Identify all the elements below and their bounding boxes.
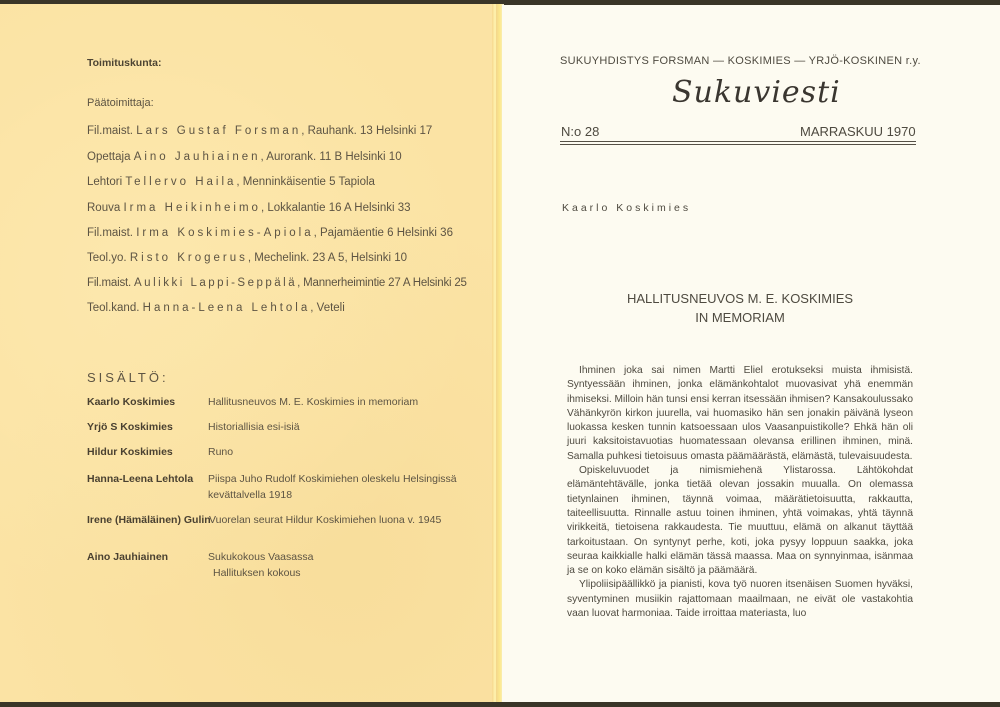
staff-entry: Teol.kand. Hanna-Leena Lehtola, Veteli	[87, 302, 345, 314]
staff-entry: Fil.maist. Lars Gustaf Forsman, Rauhank.…	[87, 125, 432, 137]
issue-number: N:o 28	[561, 124, 599, 139]
editor-in-chief-label: Päätoimittaja:	[87, 97, 154, 109]
society-masthead: SUKUYHDISTYS FORSMAN — KOSKIMIES — YRJÖ-…	[560, 55, 921, 67]
article-heading-line: IN MEMORIAM	[560, 308, 920, 327]
toc-title: Hallitusneuvos M. E. Koskimies in memori…	[208, 394, 458, 410]
staff-entry: Opettaja Aino Jauhiainen, Aurorank. 11 B…	[87, 151, 402, 163]
article-heading: HALLITUSNEUVOS M. E. KOSKIMIES IN MEMORI…	[560, 289, 920, 327]
contents-heading: SISÄLTÖ:	[87, 370, 169, 385]
article-paragraph: Opiskeluvuodet ja nimismiehenä Ylistaros…	[567, 464, 913, 578]
toc-author: Kaarlo Koskimies	[87, 396, 175, 408]
toc-author: Hanna-Leena Lehtola	[87, 473, 193, 485]
newsletter-logo: Sukuviesti	[672, 75, 841, 110]
article-body: Ihminen joka sai nimen Martti Eliel erot…	[567, 364, 913, 621]
staff-entry: Lehtori Tellervo Haila, Menninkäisentie …	[87, 176, 375, 188]
header-rule	[560, 144, 916, 145]
staff-entry: Rouva Irma Heikinheimo, Lokkalantie 16 A…	[87, 202, 411, 214]
staff-entry: Fil.maist. Aulikki Lappi-Seppälä, Manner…	[87, 277, 467, 289]
article-paragraph: Ylipoliisipäällikkö ja pianisti, kova ty…	[567, 578, 913, 621]
issue-date: MARRASKUU 1970	[800, 124, 916, 139]
toc-title: Runo	[208, 444, 458, 460]
toc-title: Historiallisia esi-isiä	[208, 419, 458, 435]
left-page	[0, 4, 498, 702]
toc-author: Yrjö S Koskimies	[87, 421, 173, 433]
toc-author: Hildur Koskimies	[87, 446, 173, 458]
toc-title: Piispa Juho Rudolf Koskimiehen oleskelu …	[208, 471, 458, 503]
staff-entry: Fil.maist. Irma Koskimies-Apiola, Pajamä…	[87, 227, 453, 239]
editorial-board-label: Toimituskunta:	[87, 57, 161, 69]
staff-entry: Teol.yo. Risto Krogerus, Mechelink. 23 A…	[87, 252, 407, 264]
toc-author: Aino Jauhiainen	[87, 551, 168, 563]
article-author: Kaarlo Koskimies	[562, 202, 691, 214]
toc-title: Sukukokous Vaasassa	[208, 549, 458, 565]
article-paragraph: Ihminen joka sai nimen Martti Eliel erot…	[567, 364, 913, 464]
toc-title: Hallituksen kokous	[213, 565, 463, 581]
toc-author: Irene (Hämäläinen) Gulin	[87, 514, 211, 526]
header-rule	[560, 141, 916, 142]
toc-title: Vuorelan seurat Hildur Koskimiehen luona…	[209, 512, 459, 528]
article-heading-line: HALLITUSNEUVOS M. E. KOSKIMIES	[560, 289, 920, 308]
